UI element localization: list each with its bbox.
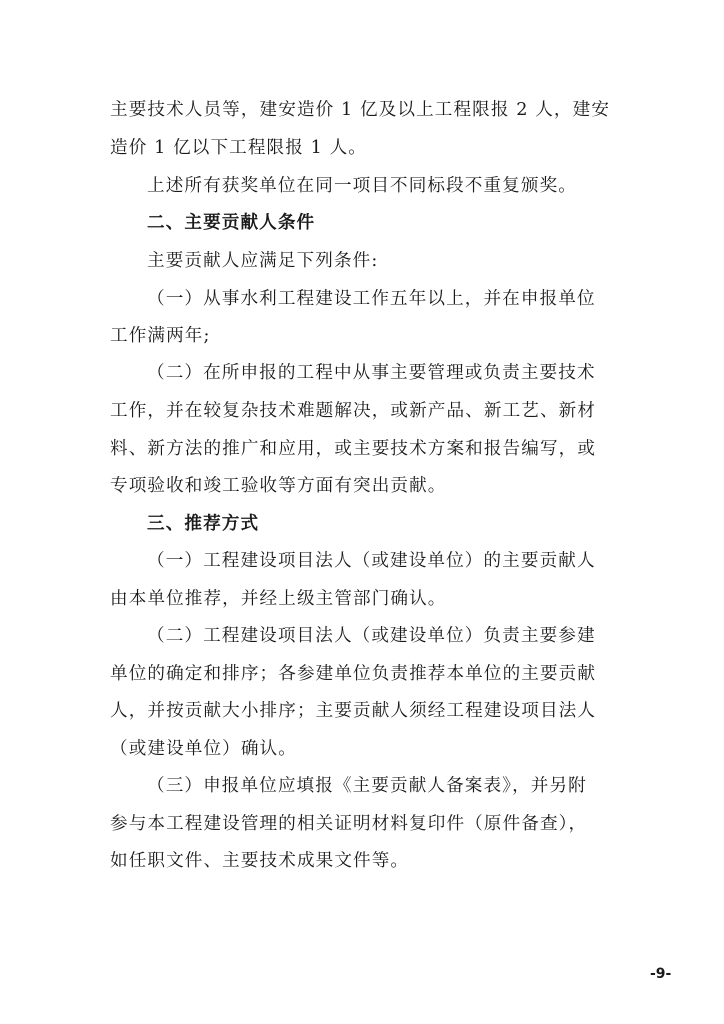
text-line: （一）从事水利工程建设工作五年以上，并在申报单位 bbox=[147, 288, 596, 310]
text-line: （或建设单位）确认。 bbox=[110, 738, 297, 760]
text-line: （一）工程建设项目法人（或建设单位）的主要贡献人 bbox=[147, 550, 596, 572]
text-line: 由本单位推荐，并经上级主管部门确认。 bbox=[110, 588, 447, 610]
text-line: 造价 1 亿以下工程限报 1 人。 bbox=[110, 137, 367, 159]
document-page: 主要技术人员等，建安造价 1 亿及以上工程限报 2 人，建安造价 1 亿以下工程… bbox=[0, 0, 724, 1024]
section-heading: 三、推荐方式 bbox=[147, 513, 259, 535]
text-line: 工作满两年; bbox=[110, 325, 211, 347]
text-line: （二）在所申报的工程中从事主要管理或负责主要技术 bbox=[147, 362, 596, 384]
text-line: 主要贡献人应满足下列条件: bbox=[147, 250, 378, 272]
text-line: 工作，并在较复杂技术难题解决，或新产品、新工艺、新材 bbox=[110, 400, 596, 422]
text-line: （三）申报单位应填报《主要贡献人备案表》，并另附 bbox=[147, 775, 587, 797]
text-line: 专项验收和竣工验收等方面有突出贡献。 bbox=[110, 475, 447, 497]
page-number: -9- bbox=[650, 966, 671, 982]
text-line: 参与本工程建设管理的相关证明材料复印件（原件备查）， bbox=[110, 813, 587, 835]
text-line: 上述所有获奖单位在同一项目不同标段不重复颁奖。 bbox=[147, 175, 577, 197]
text-line: 人，并按贡献大小排序；主要贡献人须经工程建设项目法人 bbox=[110, 700, 596, 722]
text-line: 主要技术人员等，建安造价 1 亿及以上工程限报 2 人，建安 bbox=[110, 99, 610, 121]
text-line: 单位的确定和排序；各参建单位负责推荐本单位的主要贡献 bbox=[110, 663, 596, 685]
text-line: 如任职文件、主要技术成果文件等。 bbox=[110, 850, 409, 872]
text-line: （二）工程建设项目法人（或建设单位）负责主要参建 bbox=[147, 625, 596, 647]
section-heading: 二、主要贡献人条件 bbox=[147, 212, 315, 234]
text-line: 料、新方法的推广和应用，或主要技术方案和报告编写，或 bbox=[110, 438, 596, 460]
